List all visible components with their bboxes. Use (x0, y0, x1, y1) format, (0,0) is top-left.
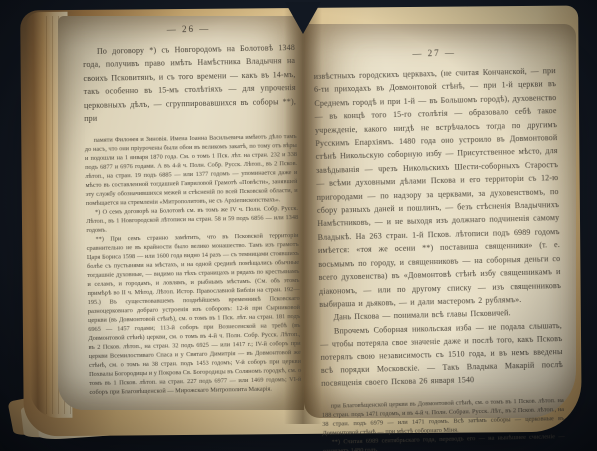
footnote-paragraph: **) При семъ странно замѣтить, что въ Пс… (86, 231, 301, 397)
footnote-paragraph: памяти Филоѳея и Зиновія. Имена Іоанна В… (85, 132, 298, 208)
right-page-text: — 27 — извѣстныхъ городскихъ церквахъ, (… (313, 45, 565, 451)
right-main-paragraph: извѣстныхъ городскихъ церквахъ, (не счит… (314, 64, 562, 311)
right-paragraph-3: Впрочемъ Соборная никольская изба — не п… (320, 319, 564, 391)
right-footnote-block: при Благовѣщенской церкви въ Довмонтовой… (322, 396, 565, 451)
left-page-text: — 26 — По договору *) съ Новгородомъ на … (82, 22, 301, 397)
footnote-paragraph: при Благовѣщенской церкви въ Довмонтовой… (322, 396, 565, 438)
left-footnote-block: памяти Филоѳея и Зиновія. Имена Іоанна В… (85, 132, 302, 397)
book-photo: — 26 — По договору *) съ Новгородомъ на … (0, 0, 597, 451)
footnote-paragraph: *) О семъ договорѣ на Болотовѣ см. въ то… (86, 204, 298, 235)
left-main-paragraph: По договору *) съ Новгородомъ на Болотов… (83, 41, 297, 125)
